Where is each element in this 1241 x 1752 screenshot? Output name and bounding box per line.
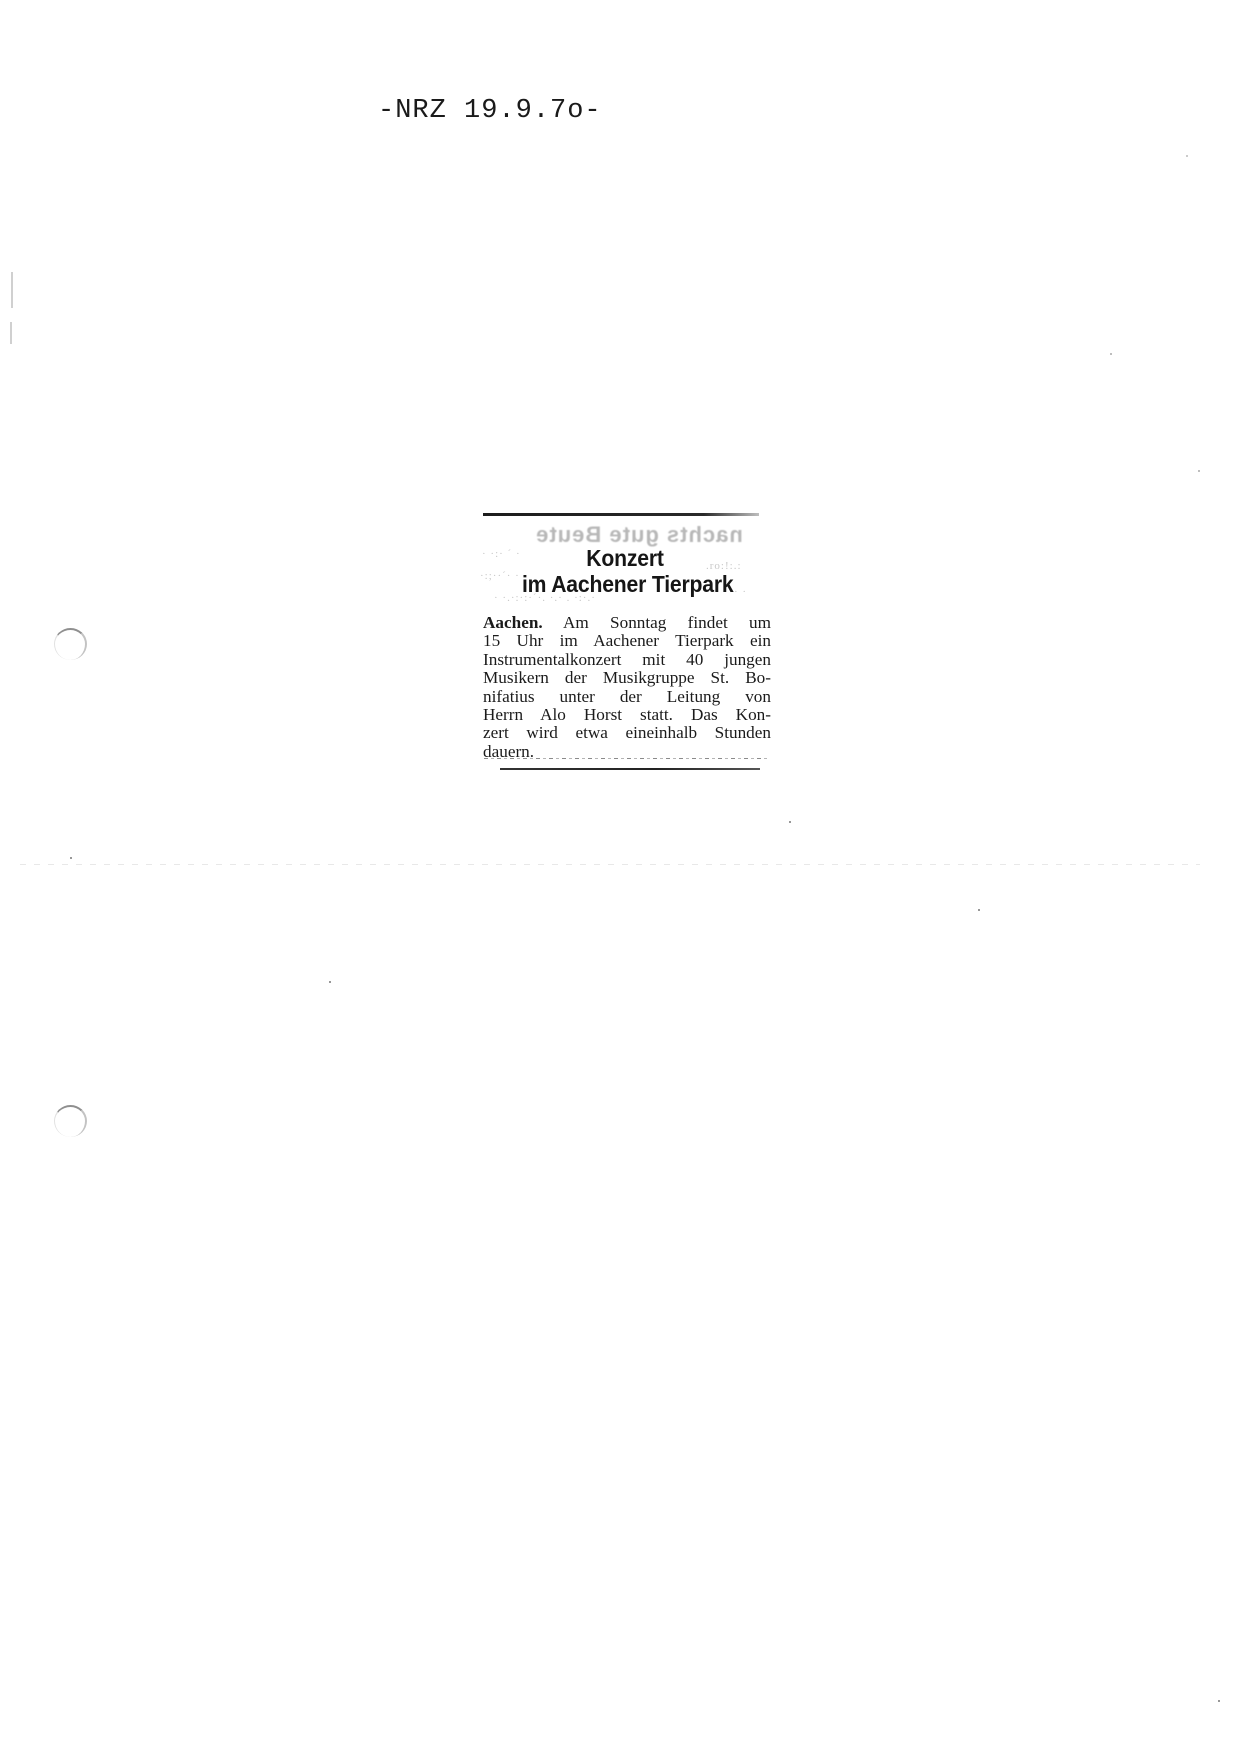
dust-speck <box>1186 155 1188 157</box>
body-line: Herrn Alo Horst statt. Das Kon- <box>483 706 771 724</box>
body-line: 15 Uhr im Aachener Tierpark ein <box>483 632 771 650</box>
scan-edge-mark <box>11 272 13 308</box>
dust-speck <box>70 857 72 859</box>
dust-speck <box>789 821 791 823</box>
body-line: nifatius unter der Leitung von <box>483 688 771 706</box>
clipping-bottom-rule <box>500 768 760 770</box>
clipping-headline: Konzert im Aachener Tierpark <box>474 546 776 598</box>
headline-line-1: Konzert <box>486 546 764 572</box>
body-line: Instrumentalkonzert mit 40 jungen <box>483 651 771 669</box>
dust-speck <box>329 981 331 983</box>
scan-edge-mark <box>10 322 12 344</box>
dust-speck <box>1198 470 1200 472</box>
dust-speck <box>1110 353 1112 355</box>
source-date-stamp: -NRZ 19.9.7o- <box>378 96 602 126</box>
dust-speck <box>1218 1700 1220 1702</box>
body-line: zert wird etwa eineinhalb Stunden <box>483 724 771 742</box>
headline-line-2: im Aachener Tierpark <box>486 572 764 598</box>
body-line: Musikern der Musikgruppe St. Bo- <box>483 669 771 687</box>
clipping-body: Aachen. Am Sonntag findet um 15 Uhr im A… <box>483 614 771 761</box>
clipping-dotted-rule <box>484 758 768 759</box>
punch-hole-shadow <box>54 628 87 660</box>
newspaper-clipping: nachts gute Beute · ·:· ´ · ·:;··´· · .r… <box>474 508 776 776</box>
dateline: Aachen. <box>483 613 543 632</box>
fold-line <box>20 864 1200 865</box>
scanned-page: -NRZ 19.9.7o- nachts gute Beute · ·:· ´ … <box>0 0 1241 1752</box>
clipping-top-rule <box>483 513 759 516</box>
punch-hole-shadow <box>54 1105 87 1137</box>
body-line: Aachen. Am Sonntag findet um <box>483 614 771 632</box>
dust-speck <box>978 909 980 911</box>
